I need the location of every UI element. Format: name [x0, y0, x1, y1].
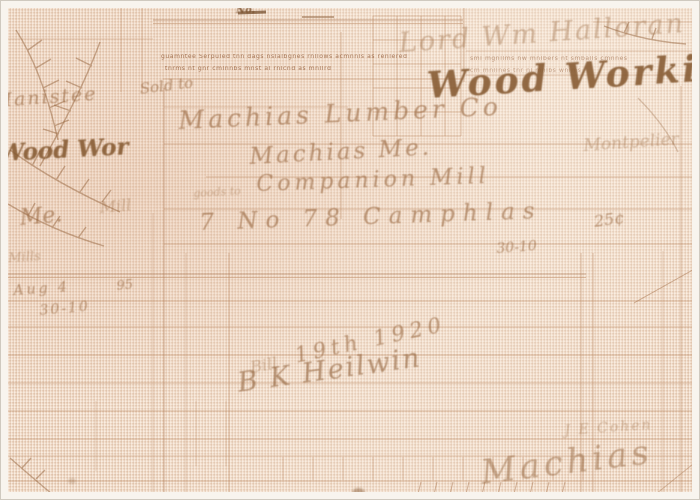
left-mills-script: Mills: [8, 250, 41, 265]
photo-frame: guamntee Serpuled tnn dags nslalbgnes rn…: [0, 0, 700, 500]
ink-blotch: [352, 488, 365, 492]
fabric-photo: guamntee Serpuled tnn dags nslalbgnes rn…: [8, 8, 692, 492]
left-discount-script: 30-10: [39, 300, 90, 318]
left-month-script: Aug 4: [13, 280, 70, 298]
invoice-number-label: No.: [236, 8, 255, 16]
left-wood-wor-script: Wood Wor: [8, 135, 129, 165]
fine-print-row: guamntee Serpuled tnn dags nslalbgnes rn…: [161, 54, 433, 60]
ink-blotch: [68, 478, 76, 484]
shipping-prefix-script: goods to: [193, 186, 241, 199]
fine-print-row: tnrms nt gnr cmlnnbs mnst al rnlcnd as m…: [165, 66, 355, 72]
item-price-script: 25¢: [593, 210, 625, 230]
left-amount-script: 95: [116, 278, 134, 293]
item-discount-script: 30-10: [496, 239, 537, 256]
left-me-script: Me.: [19, 204, 63, 230]
left-mill-script: Mill: [99, 197, 132, 216]
